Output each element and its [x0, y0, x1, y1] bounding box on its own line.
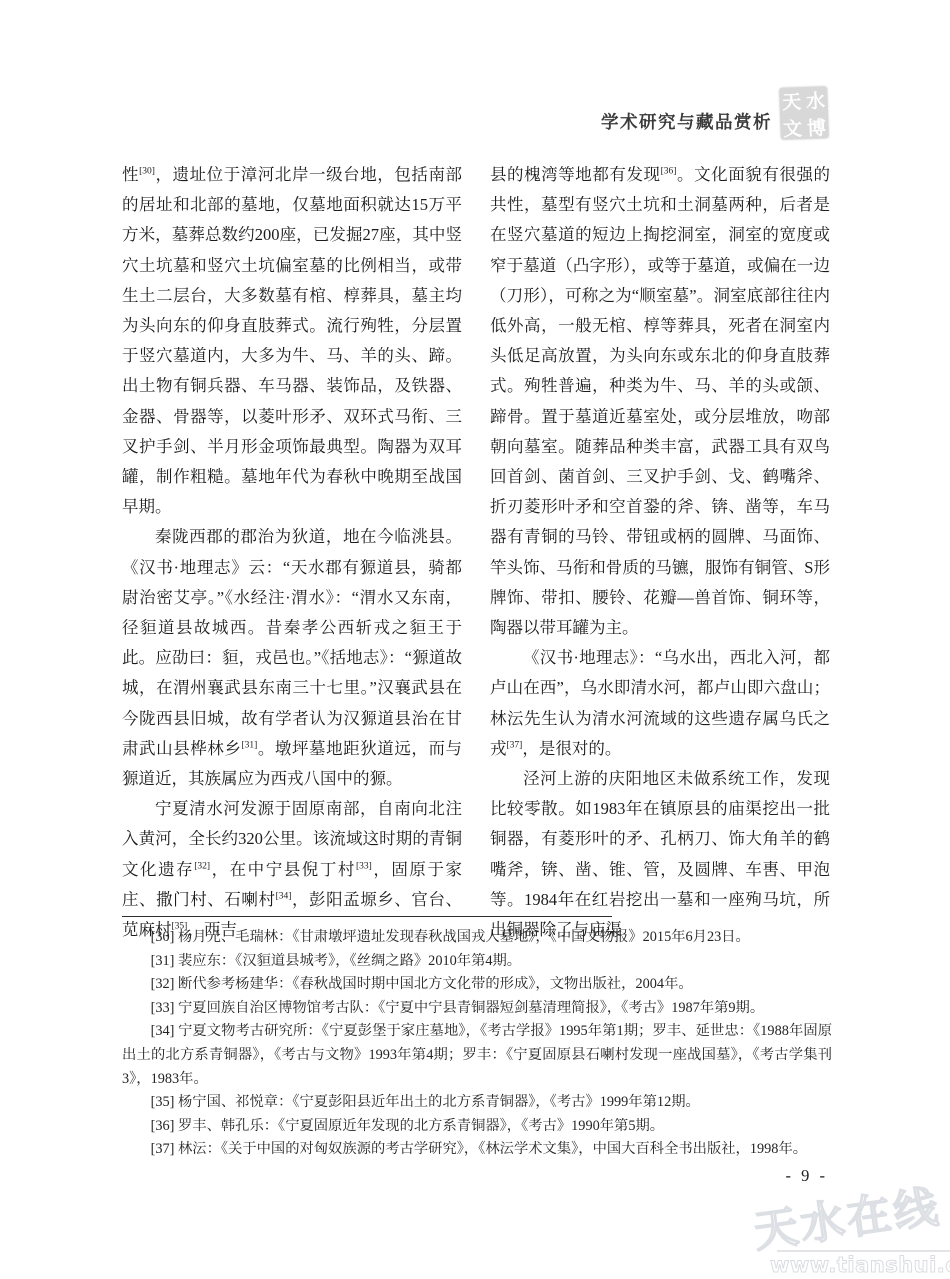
- footnote-ref: [32]: [194, 861, 210, 871]
- footnote-ref: [34]: [276, 891, 292, 901]
- footnote-ref: [33]: [356, 861, 372, 871]
- footnote-entry: [34] 宁夏文物考古研究所：《宁夏彭堡于家庄墓地》，《考古学报》1995年第1…: [122, 1020, 832, 1091]
- footnote-entry: [37] 林沄：《关于中国的对匈奴族源的考古学研究》，《林沄学术文集》，中国大百…: [122, 1138, 832, 1162]
- document-page: 学术研究与藏品赏析 天 水 文 博 性[30]，遗址位于漳河北岸一级台地，包括南…: [0, 0, 950, 1279]
- body-paragraph: 性[30]，遗址位于漳河北岸一级台地，包括南部的居址和北部的墓地，仅墓地面积就达…: [122, 160, 462, 522]
- right-column: 县的槐湾等地都有发现[36]。文化面貌有很强的共性，墓型有竖穴土坑和土洞墓两种，…: [490, 160, 830, 945]
- article-body: 性[30]，遗址位于漳河北岸一级台地，包括南部的居址和北部的墓地，仅墓地面积就达…: [122, 160, 830, 945]
- footnote-ref: [36]: [661, 167, 677, 177]
- footnote-entry: [30] 杨月光、毛瑞林：《甘肃墩坪遗址发现春秋战国戎人墓地》，《中国文物报》2…: [122, 926, 832, 950]
- footnote-entry: [35] 杨宁国、祁悦章：《宁夏彭阳县近年出土的北方系青铜器》，《考古》1999…: [122, 1091, 832, 1115]
- footnote-ref: [30]: [139, 167, 155, 177]
- footnote-entry: [33] 宁夏回族自治区博物馆考古队：《宁夏中宁县青铜器短剑墓清理简报》，《考古…: [122, 997, 832, 1021]
- page-number: - 9 -: [786, 1166, 829, 1186]
- footnote-entry: [31] 裴应东：《汉貆道县城考》，《丝绸之路》2010年第4期。: [122, 950, 832, 974]
- footnote-entry: [32] 断代参考杨建华：《春秋战国时期中国北方文化带的形成》，文物出版社，20…: [122, 973, 832, 997]
- body-paragraph: 泾河上游的庆阳地区未做系统工作，发现比较零散。如1983年在镇原县的庙渠挖出一批…: [490, 764, 830, 945]
- seal-char-3: 文: [780, 114, 805, 142]
- footnote-separator: [122, 916, 612, 917]
- watermark-divider: [777, 1250, 950, 1252]
- watermark-title: 天水在线: [749, 1170, 944, 1260]
- body-paragraph: 《汉书·地理志》：“乌水出，西北入河，都卢山在西”，乌水即清水河，都卢山即六盘山…: [490, 643, 830, 764]
- seal-char-1: 天: [779, 87, 804, 115]
- seal-char-4: 博: [804, 113, 829, 141]
- footnote-ref: [37]: [507, 740, 523, 750]
- footnote-ref: [31]: [241, 740, 257, 750]
- body-paragraph: 宁夏清水河发源于固原南部，自南向北注入黄河，全长约320公里。该流域这时期的青铜…: [122, 794, 462, 945]
- footnote-entry: [36] 罗丰、韩孔乐：《宁夏固原近年发现的北方系青铜器》，《考古》1990年第…: [122, 1115, 832, 1139]
- tianshui-wenbo-seal: 天 水 文 博: [779, 86, 829, 140]
- footnotes: [30] 杨月光、毛瑞林：《甘肃墩坪遗址发现春秋战国戎人墓地》，《中国文物报》2…: [122, 926, 832, 1162]
- seal-char-2: 水: [803, 86, 828, 114]
- watermark-url: www.tianshui.com.cn: [770, 1253, 950, 1277]
- body-paragraph: 秦陇西郡的郡治为狄道，地在今临洮县。《汉书·地理志》云：“天水郡有獂道县，骑都尉…: [122, 522, 462, 794]
- body-paragraph: 县的槐湾等地都有发现[36]。文化面貌有很强的共性，墓型有竖穴土坑和土洞墓两种，…: [490, 160, 830, 643]
- left-column: 性[30]，遗址位于漳河北岸一级台地，包括南部的居址和北部的墓地，仅墓地面积就达…: [122, 160, 462, 945]
- section-title: 学术研究与藏品赏析: [601, 109, 772, 134]
